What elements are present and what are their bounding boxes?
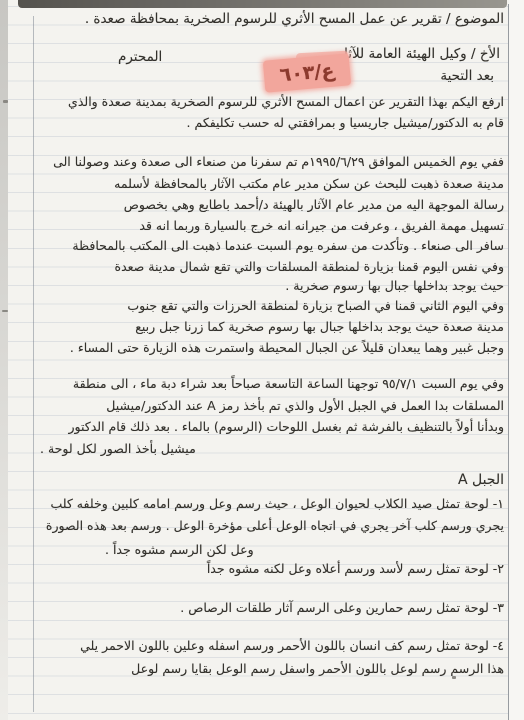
paragraph-line: ميشيل بأخذ الصور لكل لوحة . (40, 439, 196, 459)
list-item-line: ٢- لوحة تمثل رسم لأسد ورسم أعلاه وعل لكن… (207, 559, 504, 579)
paragraph-line: وفي اليوم الثاني قمنا في الصباح بزيارة ل… (127, 296, 504, 316)
list-item-line: وعل لكن الرسم مشوه جداً . (105, 540, 254, 560)
paragraph-line: وفي نفس اليوم قمنا بزيارة لمنطقة المسلقا… (115, 257, 504, 277)
paragraph-line: قام به الدكتور/ميشيل جاريسيا و بمرافقتي … (187, 113, 504, 133)
honorific: المحترم (118, 47, 162, 67)
paragraph-line: مدينة صعدة ذهبت للبحث عن سكن مدير عام مك… (114, 174, 504, 194)
page-edge-left (0, 0, 8, 720)
scan-speck (3, 100, 8, 103)
subject-line: الموضوع / تقرير عن عمل المسح الأثري للرس… (85, 9, 504, 29)
paragraph-line: مدينة صعدة حيث يوجد بداخلها جبال بها رسو… (135, 317, 504, 337)
paragraph-line: وفي يوم السبت ٩٥/٧/١ توجهنا الساعة التاس… (73, 374, 504, 394)
paragraph-line: ارفع اليكم بهذا التقرير عن اعمال المسح ا… (68, 92, 504, 112)
page-top-shadow (18, 0, 507, 8)
list-item-line: هذا الرسم رسم لوعل باللون الأحمر واسفل ر… (131, 659, 504, 679)
paragraph-line: وبدأنا أولاً بالتنظيف بالفرشة ثم بغسل ال… (69, 417, 504, 437)
list-item-line: ٤- لوحة تمثل رسم كف انسان باللون الأحمر … (80, 636, 504, 656)
section-heading: الجبل A (458, 470, 504, 490)
addressee-line: الأخ / وكيل الهيئة العامة للآثار (338, 44, 500, 64)
paragraph-line: ففي يوم الخميس الموافق ١٩٩٥/٦/٢٩م تم سفر… (53, 152, 504, 172)
paragraph-line: سافر الى صنعاء . وتأكدت من سفره يوم السب… (72, 236, 504, 256)
paragraph-line: رسالة الموجهة اليه من مدير عام الآثار با… (124, 195, 504, 215)
margin-line (33, 16, 34, 712)
page-edge-right (509, 0, 524, 720)
paragraph-line: وجبل غبير وهما يبعدان قليلاً عن الجبال ا… (70, 338, 504, 358)
paragraph-line: تسهيل مهمة الفريق ، وعرفت من جيرانه انه … (139, 216, 504, 236)
list-item-line: ١- لوحة تمثل صيد الكلاب لحيوان الوعل ، ح… (50, 494, 504, 514)
scanned-report-page: الموضوع / تقرير عن عمل المسح الأثري للرس… (0, 0, 524, 720)
salutation: بعد التحية (440, 66, 494, 86)
paragraph-line: حيث يوجد بداخلها جبال بها رسوم صخرية . (285, 276, 504, 296)
list-item-line: يجري ورسم كلب آخر يجري في اتجاه الوعل أع… (46, 516, 504, 536)
list-item-line: ٣- لوحة تمثل رسم حمارين وعلى الرسم آثار … (180, 598, 504, 618)
scan-speck (2, 310, 8, 312)
paragraph-line: المسلقات بدا العمل في الجبل الأول والذي … (106, 396, 504, 416)
